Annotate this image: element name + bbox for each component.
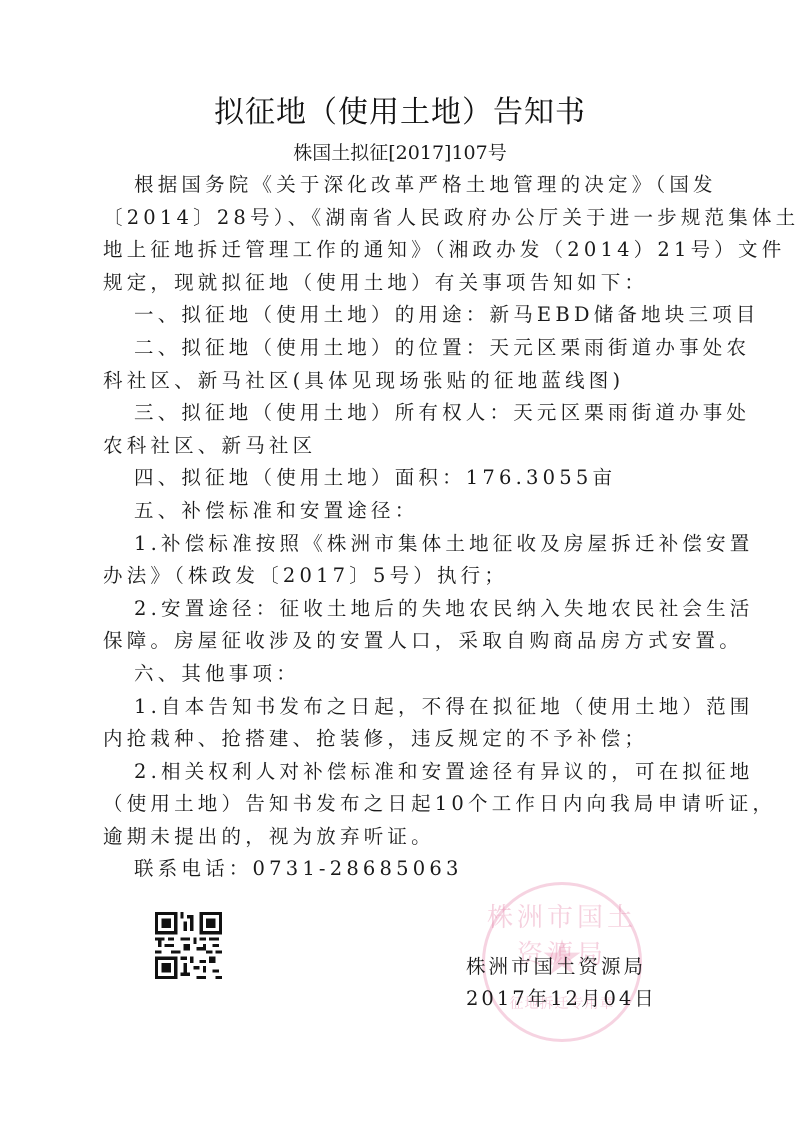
document-line: 1.补偿标准按照《株洲市集体土地征收及房屋拆迁补偿安置 xyxy=(103,528,699,561)
document-line: 2.相关权利人对补偿标准和安置途径有异议的，可在拟征地 xyxy=(103,756,699,789)
document-line: 四、拟征地（使用土地）面积：176.3055亩 xyxy=(103,462,699,495)
document-line: 科社区、新马社区(具体见现场张贴的征地蓝线图) xyxy=(103,365,699,398)
document-title: 拟征地（使用土地）告知书 xyxy=(0,94,800,132)
document-body: 根据国务院《关于深化改革严格土地管理的决定》（国发〔2014〕28号）、《湖南省… xyxy=(103,169,699,886)
document-line: 地上征地拆迁管理工作的通知》（湘政办发（2014）21号）文件 xyxy=(103,234,699,267)
document-line: 六、其他事项： xyxy=(103,658,699,691)
document-line: 根据国务院《关于深化改革严格土地管理的决定》（国发 xyxy=(103,169,699,202)
document-line: 〔2014〕28号）、《湖南省人民政府办公厅关于进一步规范集体土 xyxy=(103,202,699,235)
issuer-name: 株洲市国土资源局 xyxy=(466,951,657,983)
document-line: 五、补偿标准和安置途径： xyxy=(103,495,699,528)
document-line: 保障。房屋征收涉及的安置人口，采取自购商品房方式安置。 xyxy=(103,625,699,658)
signature-block: 株洲市国土资源局 2017年12月04日 xyxy=(466,951,657,1015)
document-line: 办法》（株政发〔2017〕5号）执行； xyxy=(103,560,699,593)
document-line: 三、拟征地（使用土地）所有权人：天元区栗雨街道办事处 xyxy=(103,397,699,430)
document-line: 一、拟征地（使用土地）的用途：新马EBD储备地块三项目 xyxy=(103,299,699,332)
document-line: （使用土地）告知书发布之日起10个工作日内向我局申请听证， xyxy=(103,788,699,821)
qr-code-icon xyxy=(155,912,222,979)
document-line: 农科社区、新马社区 xyxy=(103,430,699,463)
document-line: 2.安置途径：征收土地后的失地农民纳入失地农民社会生活 xyxy=(103,593,699,626)
document-page: 拟征地（使用土地）告知书 株国土拟征[2017]107号 根据国务院《关于深化改… xyxy=(0,0,800,1135)
document-line: 规定，现就拟征地（使用土地）有关事项告知如下： xyxy=(103,267,699,300)
document-line: 1.自本告知书发布之日起，不得在拟征地（使用土地）范围 xyxy=(103,691,699,724)
issue-date: 2017年12月04日 xyxy=(466,983,657,1015)
document-line: 联系电话：0731-28685063 xyxy=(103,853,699,886)
document-line: 内抢栽种、抢搭建、抢装修，违反规定的不予补偿； xyxy=(103,723,699,756)
document-number: 株国土拟征[2017]107号 xyxy=(0,140,800,166)
document-line: 二、拟征地（使用土地）的位置：天元区栗雨街道办事处农 xyxy=(103,332,699,365)
document-line: 逾期未提出的，视为放弃听证。 xyxy=(103,821,699,854)
